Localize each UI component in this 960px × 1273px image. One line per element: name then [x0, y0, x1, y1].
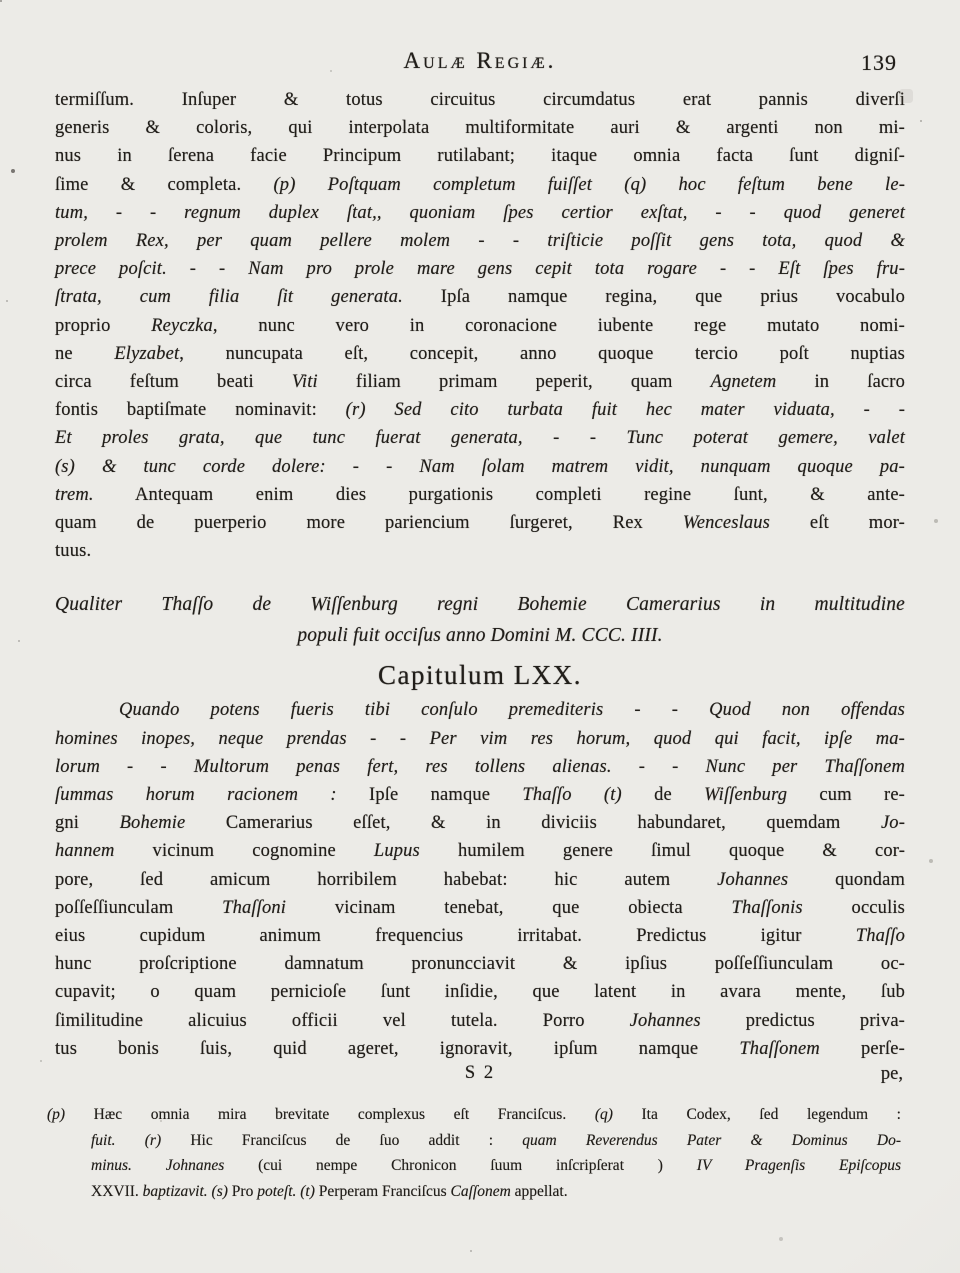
roman-run: generis & coloris, qui interpolata multi… [55, 118, 905, 138]
italic-run: prolem Rex, per quam pellere molem - - t… [55, 231, 905, 251]
text-line: hannem vicinum cognomine Lupus humilem g… [55, 837, 905, 865]
italic-run: Wiſſenburg [704, 785, 787, 805]
text-line: nus in ſerena facie Principum rutilabant… [55, 142, 905, 170]
footnotes-block: (p) Hæc omnia mira brevitate complexus e… [47, 1102, 901, 1204]
roman-run: fontis baptiſmate nominavit: [55, 400, 346, 420]
roman-run: de [622, 785, 704, 805]
roman-run: tus bonis ſuis, quid ageret, ignoravit, … [55, 1039, 739, 1059]
roman-run: appellat. [511, 1183, 568, 1200]
text-line: generis & coloris, qui interpolata multi… [55, 114, 905, 142]
italic-run: (q) [595, 1106, 613, 1123]
roman-run: quam de puerperio more pariencium ſurger… [55, 513, 683, 533]
text-line: quam de puerperio more pariencium ſurger… [55, 509, 905, 537]
italic-run: Lupus [374, 841, 420, 861]
italic-run: Thaſſonem [739, 1039, 820, 1059]
scan-noise-specks [0, 0, 2, 2]
text-line: Et proles grata, que tunc fuerat generat… [55, 424, 905, 452]
text-line: fontis baptiſmate nominavit: (r) Sed cit… [55, 396, 905, 424]
text-line: eius cupidum animum frequencius irritaba… [55, 922, 905, 950]
roman-run: gni [55, 813, 120, 833]
italic-run: Wenceslaus [683, 513, 770, 533]
text-line: homines inopes, neque prendas - - Per vi… [55, 725, 905, 753]
roman-run: cum re- [787, 785, 905, 805]
italic-run: Jo- [881, 813, 905, 833]
roman-run: Ipſe namque [369, 785, 522, 805]
text-line: tum, - - regnum duplex ſtat,, quoniam ſp… [55, 199, 905, 227]
roman-run: tuus. [55, 541, 91, 561]
italic-run: Viti [292, 372, 318, 392]
roman-run: (cui nempe Chronicon ſuum inſcripſerat ) [224, 1157, 697, 1174]
roman-run: Hæc omnia mira brevitate complexus eſt F… [65, 1106, 595, 1123]
text-line: fuit. (r) Hic Franciſcus de ſuo addit : … [47, 1128, 901, 1154]
italic-run: baptizavit. [143, 1183, 208, 1200]
italic-run: Thaſſo (t) [522, 785, 621, 805]
roman-run: eſt mor- [770, 513, 905, 533]
text-line: XXVII. baptizavit. (s) Pro poteſt. (t) P… [47, 1179, 901, 1205]
roman-run: humilem genere ſimul quoque & cor- [420, 841, 905, 861]
roman-run: , nunc vero in coronacione iubente rege … [213, 316, 905, 336]
italic-run: Johannes [630, 1011, 701, 1031]
italic-run: (t) [300, 1183, 315, 1200]
text-line: gni Bohemie Camerarius eſſet, & in divic… [55, 809, 905, 837]
signature-catchword-line: S 2 pe, [55, 1063, 905, 1090]
roman-run: Hic Franciſcus de ſuo addit : [161, 1132, 522, 1149]
chapter-heading: Qualiter Thaſſo de Wiſſenburg regni Bohe… [55, 589, 905, 651]
roman-run [116, 1132, 145, 1149]
text-line: prolem Rex, per quam pellere molem - - t… [55, 227, 905, 255]
text-line: circa feſtum beati Viti filiam primam pe… [55, 368, 905, 396]
roman-run: ſime & completa. [55, 175, 273, 195]
roman-run: Perperam Franciſcus [315, 1183, 451, 1200]
italic-run: (r) [145, 1132, 161, 1149]
italic-run: Thaſſonis [732, 898, 803, 918]
roman-run: hunc proſcriptione damnatum pronuncciavi… [55, 954, 905, 974]
roman-run: Ipſa namque regina, que prius vocabulo [403, 287, 905, 307]
roman-run: occulis [803, 898, 905, 918]
italic-run: IV Pragenſis Epiſcopus [697, 1157, 901, 1174]
running-header: Aulæ Regiæ. 139 [55, 42, 905, 86]
text-line: populi fuit occiſus anno Domini M. CCC. … [55, 620, 905, 651]
text-line: hunc proſcriptione damnatum pronuncciavi… [55, 950, 905, 978]
text-line: proprio Reyczka, nunc vero in coronacion… [55, 312, 905, 340]
roman-run: pore, ſed amicum horribilem habebat: hic… [55, 870, 717, 890]
roman-run: circa feſtum beati [55, 372, 292, 392]
italic-run: Et proles grata, que tunc fuerat generat… [55, 428, 905, 448]
chapter-title: Capitulum LXX. [55, 660, 905, 691]
roman-run: Pro [228, 1183, 257, 1200]
roman-run: ſimilitudine alicuius officii vel tutela… [55, 1011, 630, 1031]
roman-run: quondam [788, 870, 905, 890]
roman-run: nus in ſerena facie Principum rutilabant… [55, 146, 905, 166]
text-line: ſime & completa. (p) Poſtquam completum … [55, 171, 905, 199]
italic-run: Caſſonem [451, 1183, 511, 1200]
body-paragraph-continuation: termiſſum. Inſuper & totus circuitus cir… [55, 86, 905, 565]
italic-run: Thaſſo [856, 926, 905, 946]
roman-run: proprio [55, 316, 151, 336]
running-header-title: Aulæ Regiæ. [55, 48, 905, 74]
roman-run: vicinum cognomine [114, 841, 373, 861]
italic-run: Quando potens fueris tibi conſulo premed… [119, 700, 905, 720]
roman-run: cupavit; o quam pernicioſe ſunt inſidie,… [55, 982, 905, 1002]
italic-run: Reyczka [151, 316, 213, 336]
text-line: prece poſcit. - - Nam pro prole mare gen… [55, 255, 905, 283]
text-line: trem. Antequam enim dies purgationis com… [55, 481, 905, 509]
roman-run: vicinam tenebat, que obiecta [286, 898, 731, 918]
italic-run: trem. [55, 485, 94, 505]
roman-run: , nuncupata eſt, concepit, anno quoque t… [179, 344, 905, 364]
text-line: ſtrata, cum filia ſit generata. Ipſa nam… [55, 283, 905, 311]
body-paragraph-chapter: Quando potens fueris tibi conſulo premed… [55, 696, 905, 1063]
signature-mark: S 2 [55, 1063, 905, 1084]
text-line: tuus. [55, 537, 905, 565]
italic-run: (p) Poſtquam completum fuiſſet (q) hoc f… [273, 175, 905, 195]
italic-run: quam Reverendus Pater & Dominus Do- [522, 1132, 901, 1149]
text-line: cupavit; o quam pernicioſe ſunt inſidie,… [55, 978, 905, 1006]
italic-run: Johannes [717, 870, 788, 890]
italic-run: Thaſſoni [222, 898, 286, 918]
italic-run: hannem [55, 841, 114, 861]
roman-run: termiſſum. Inſuper & totus circuitus cir… [55, 90, 905, 110]
italic-run: tum, - - regnum duplex ſtat,, quoniam ſp… [55, 203, 905, 223]
text-line: termiſſum. Inſuper & totus circuitus cir… [55, 86, 905, 114]
roman-run: poſſeſſiunculam [55, 898, 222, 918]
roman-run: Antequam enim dies purgationis completi … [94, 485, 905, 505]
text-line: Quando potens fueris tibi conſulo premed… [55, 696, 905, 724]
text-line: ſimilitudine alicuius officii vel tutela… [55, 1007, 905, 1035]
roman-run: XXVII. [91, 1183, 143, 1200]
roman-run: perſe- [820, 1039, 905, 1059]
italic-run: Agnetem [711, 372, 777, 392]
italic-run: (s) [212, 1183, 228, 1200]
italic-run: Bohemie [120, 813, 186, 833]
catchword: pe, [881, 1064, 903, 1085]
roman-run: Ita Codex, ſed legendum : [613, 1106, 901, 1123]
italic-run: ſtrata, cum filia ſit generata. [55, 287, 403, 307]
roman-run: filiam primam peperit, quam [318, 372, 711, 392]
text-line: ſummas horum racionem : Ipſe namque Thaſ… [55, 781, 905, 809]
roman-run: predictus priva- [701, 1011, 905, 1031]
text-line: minus. Johnanes (cui nempe Chronicon ſuu… [47, 1153, 901, 1179]
text-line: ne Elyzabet, nuncupata eſt, concepit, an… [55, 340, 905, 368]
text-line: Qualiter Thaſſo de Wiſſenburg regni Bohe… [55, 589, 905, 620]
italic-run: Qualiter Thaſſo de Wiſſenburg regni Bohe… [55, 594, 905, 615]
italic-run: lorum - - Multorum penas fert, res tolle… [55, 757, 905, 777]
italic-run: (s) & tunc corde dolere: - - Nam ſolam m… [55, 457, 905, 477]
roman-run: in ſacro [776, 372, 905, 392]
text-line: tus bonis ſuis, quid ageret, ignoravit, … [55, 1035, 905, 1063]
italic-run: Elyzabet [114, 344, 179, 364]
italic-run: fuit. [91, 1132, 116, 1149]
roman-run: Camerarius eſſet, & in diviciis habundar… [185, 813, 881, 833]
italic-run: minus. Johnanes [91, 1157, 224, 1174]
italic-run: ſummas horum racionem : [55, 785, 369, 805]
scanned-book-page: Aulæ Regiæ. 139 termiſſum. Inſuper & tot… [0, 0, 960, 1273]
italic-run: homines inopes, neque prendas - - Per vi… [55, 729, 905, 749]
page-number: 139 [861, 50, 897, 76]
text-line: pore, ſed amicum horribilem habebat: hic… [55, 866, 905, 894]
roman-run: ne [55, 344, 114, 364]
text-line: poſſeſſiunculam Thaſſoni vicinam tenebat… [55, 894, 905, 922]
italic-run: poteſt. [257, 1183, 296, 1200]
text-line: (p) Hæc omnia mira brevitate complexus e… [47, 1102, 901, 1128]
roman-run: eius cupidum animum frequencius irritaba… [55, 926, 856, 946]
text-line: lorum - - Multorum penas fert, res tolle… [55, 753, 905, 781]
text-line: (s) & tunc corde dolere: - - Nam ſolam m… [55, 453, 905, 481]
italic-run: populi fuit occiſus anno Domini M. CCC. … [297, 625, 662, 646]
italic-run: (p) [47, 1106, 65, 1123]
italic-run: (r) Sed cito turbata fuit hec mater vidu… [346, 400, 905, 420]
italic-run: prece poſcit. - - Nam pro prole mare gen… [55, 259, 905, 279]
